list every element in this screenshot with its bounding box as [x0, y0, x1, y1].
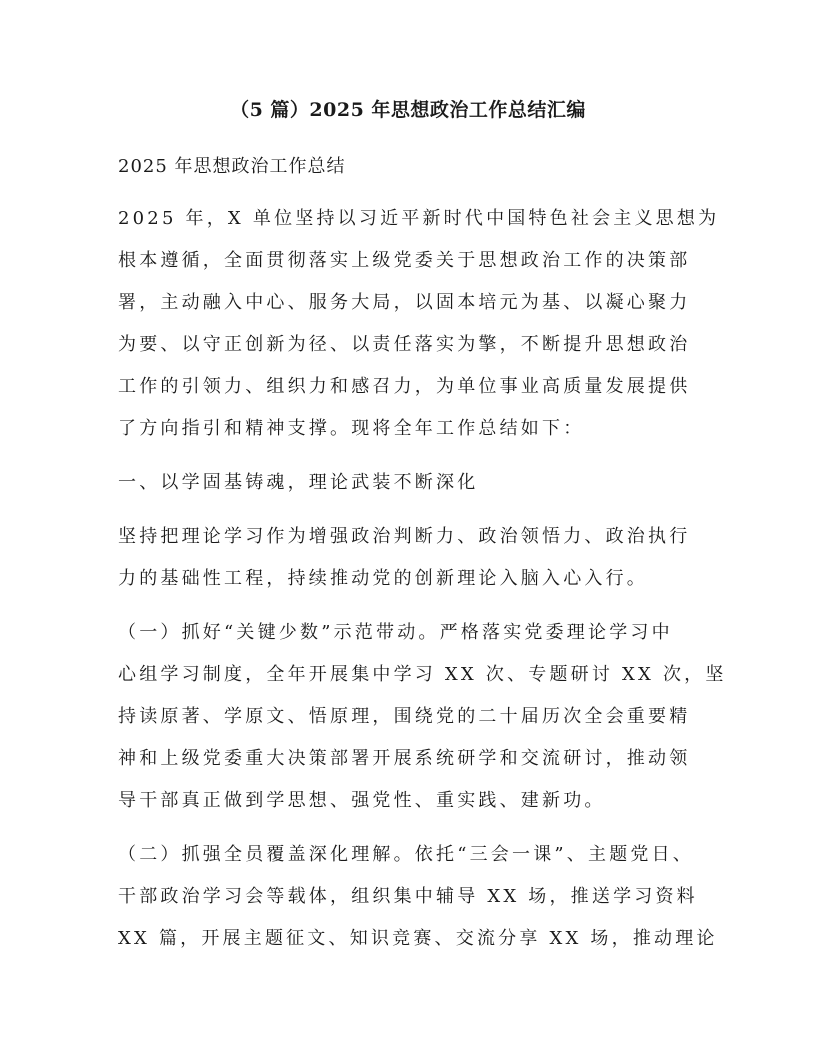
section-heading: 一、以学固基铸魂，理论武装不断深化 [118, 470, 718, 496]
paragraph-line: 持读原著、学原文、悟原理，围绕党的二十届历次全会重要精 [118, 704, 718, 730]
paragraph-line: 心组学习制度，全年开展集中学习 XX 次、专题研讨 XX 次，坚 [118, 662, 718, 688]
paragraph-line: 神和上级党委重大决策部署开展系统研学和交流研讨，推动领 [118, 746, 718, 772]
paragraph-line: XX 篇，开展主题征文、知识竞赛、交流分享 XX 场，推动理论 [118, 926, 718, 952]
paragraph-line: 为要、以守正创新为径、以责任落实为擎，不断提升思想政治 [118, 332, 718, 358]
paragraph-line: 坚持把理论学习作为增强政治判断力、政治领悟力、政治执行 [118, 524, 718, 550]
paragraph-line: 署，主动融入中心、服务大局，以固本培元为基、以凝心聚力 [118, 290, 718, 316]
paragraph-line: 根本遵循，全面贯彻落实上级党委关于思想政治工作的决策部 [118, 248, 718, 274]
paragraph-line: 干部政治学习会等载体，组织集中辅导 XX 场，推送学习资料 [118, 884, 718, 910]
document-page: （5 篇）2025 年思想政治工作总结汇编 2025 年思想政治工作总结 202… [0, 0, 816, 1056]
paragraph-line: 了方向指引和精神支撑。现将全年工作总结如下： [118, 416, 718, 442]
paragraph-line: 导干部真正做到学思想、强党性、重实践、建新功。 [118, 788, 718, 814]
document-title: （5 篇）2025 年思想政治工作总结汇编 [0, 96, 816, 124]
paragraph-line: 工作的引领力、组织力和感召力，为单位事业高质量发展提供 [118, 374, 718, 400]
paragraph-line: 2025 年，X 单位坚持以习近平新时代中国特色社会主义思想为 [118, 206, 718, 232]
paragraph-line: （一）抓好“关键少数”示范带动。严格落实党委理论学习中 [118, 620, 718, 646]
paragraph-line: （二）抓强全员覆盖深化理解。依托“三会一课”、主题党日、 [118, 842, 718, 868]
paragraph-line: 力的基础性工程，持续推动党的创新理论入脑入心入行。 [118, 566, 718, 592]
document-subtitle: 2025 年思想政治工作总结 [118, 154, 718, 180]
